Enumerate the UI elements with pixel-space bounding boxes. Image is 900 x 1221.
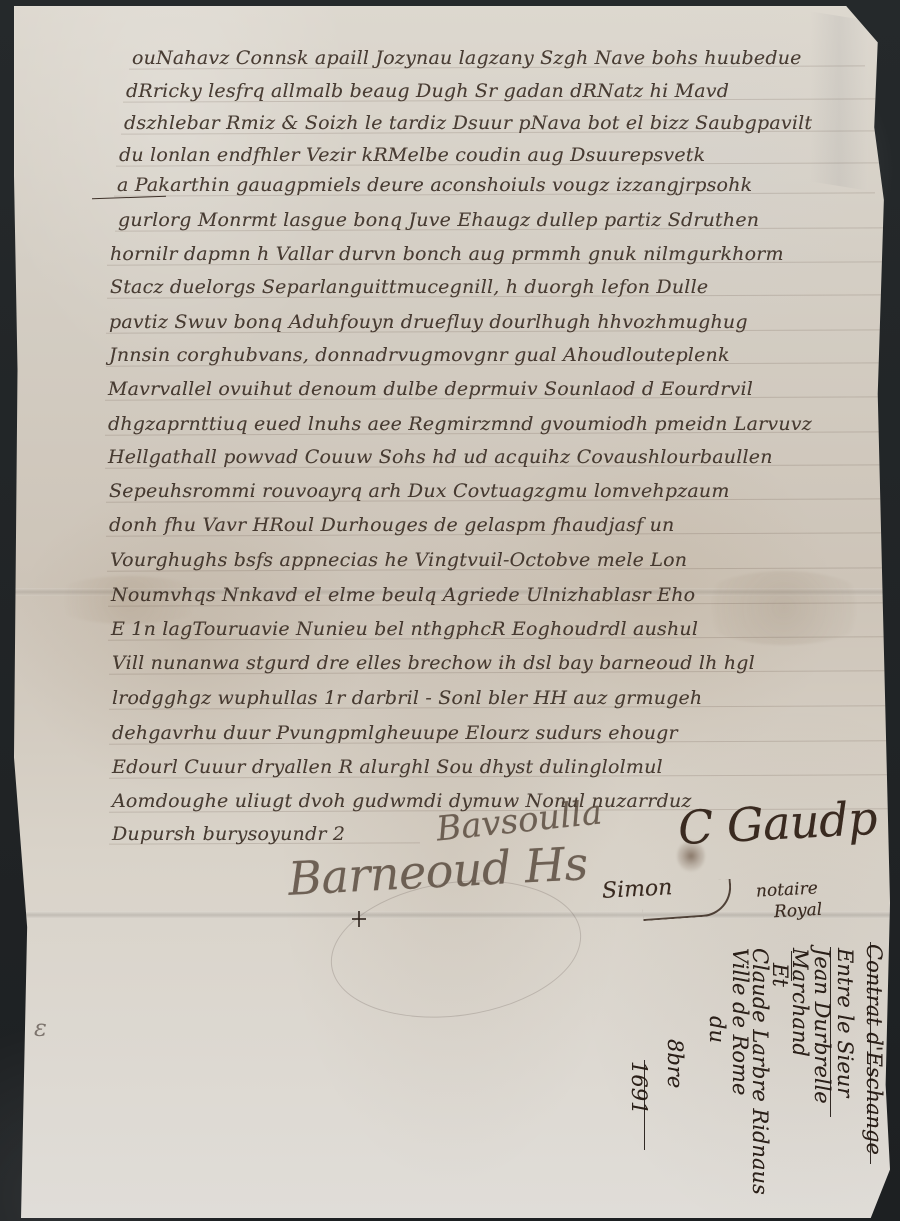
main-signature: C Gaudp <box>677 791 879 855</box>
endorsement-line-7: Ville de Rome <box>728 948 752 1095</box>
notary-signature-title-1: notaire <box>756 878 819 901</box>
left-margin-mark: ɛ <box>34 1014 47 1042</box>
endorsement-line-9: 8bre <box>663 1039 687 1088</box>
fold-crosshair-mark <box>358 911 360 927</box>
document-viewport: ouNahavz Connsk apaill Jozynau lagzany S… <box>0 0 900 1221</box>
endorsement-rule-1 <box>870 942 871 1164</box>
notary-signature-title-2: Royal <box>774 900 823 922</box>
endorsement-line-2: Entre le Sieur <box>833 948 857 1097</box>
endorsement-line-1: Contrat d'Eschange <box>862 944 886 1155</box>
endorsement-panel: Contrat d'Eschange Entre le Sieur Jean D… <box>624 936 894 1196</box>
manuscript-page: ouNahavz Connsk apaill Jozynau lagzany S… <box>14 6 890 1218</box>
endorsement-rule-2 <box>830 947 831 1117</box>
endorsement-rule-4 <box>644 1060 645 1150</box>
endorsement-line-10: 1691 <box>627 1061 651 1114</box>
endorsement-line-8: du <box>705 1016 729 1043</box>
notary-flourish <box>641 879 733 921</box>
endorsement-rule-3 <box>791 951 792 981</box>
